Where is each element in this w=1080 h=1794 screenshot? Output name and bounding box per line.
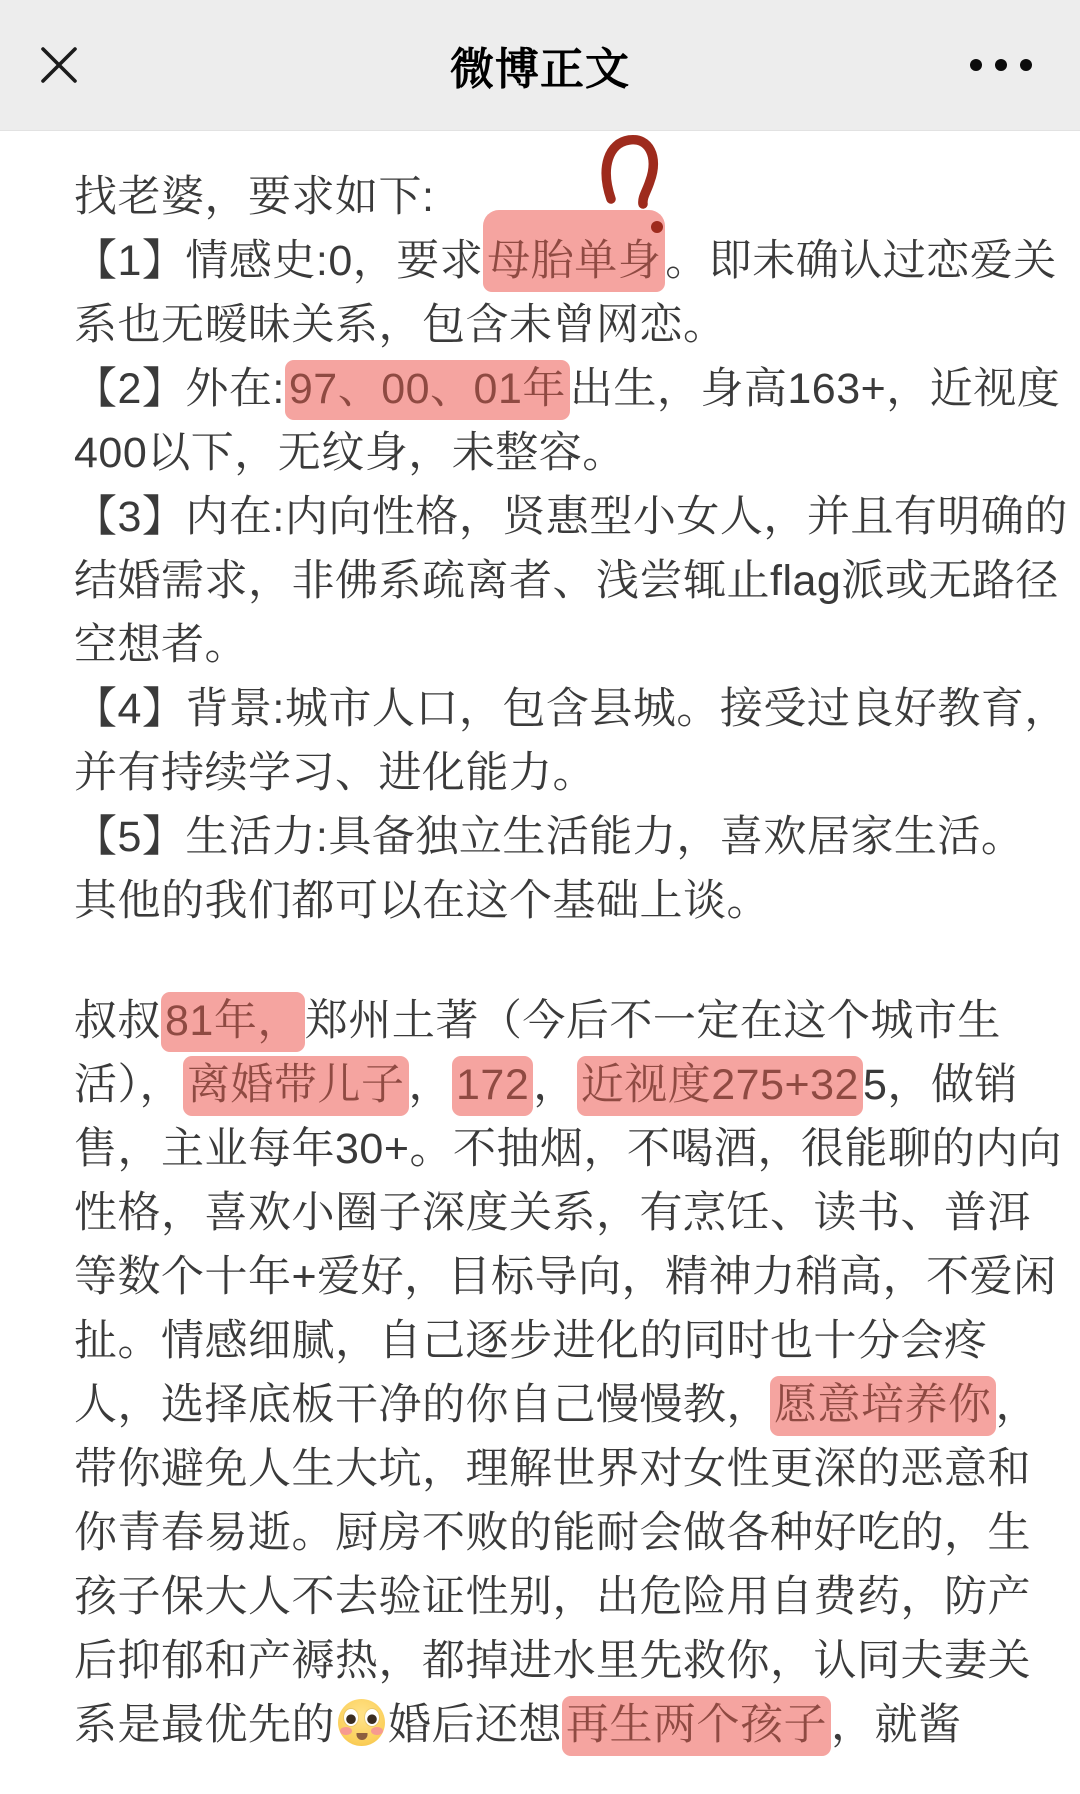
close-button[interactable] <box>30 36 88 94</box>
post-content: 找老婆，要求如下:【1】情感史:0，要求母胎单身。即未确认过恋爱关系也无暧昧关系… <box>0 131 1080 1757</box>
text-line: 其他的我们都可以在这个基础上谈。 <box>74 869 1014 933</box>
page-title: 微博正文 <box>450 33 630 97</box>
text-segment: 售，主业每年30+。不抽烟，不喝酒，很能聊的内向 <box>74 1125 1062 1173</box>
text-segment: 带你避免人生大坑，理解世界对女性更深的恶意和 <box>74 1445 1031 1493</box>
text-line: 【5】生活力:具备独立生活能力，喜欢居家生活。 <box>74 805 1014 869</box>
text-segment: 【4】背景:城市人口，包含县城。接受过良好教育， <box>74 685 1068 733</box>
marker-highlight: 97、00、01年 <box>285 360 570 420</box>
text-line: 【3】内在:内向性格，贤惠型小女人，并且有明确的 <box>74 485 1014 549</box>
text-segment: 400以下，无纹身，未整容。 <box>74 429 626 477</box>
text-segment: 等数个十年+爱好，目标导向，精神力稍高，不爱闲 <box>74 1253 1057 1301</box>
paragraph: 叔叔81年，郑州土著（今后不一定在这个城市生活），离婚带儿子，172，近视度27… <box>74 989 1014 1757</box>
text-segment: 并有持续学习、进化能力。 <box>74 749 596 797</box>
post-body: 找老婆，要求如下:【1】情感史:0，要求母胎单身。即未确认过恋爱关系也无暧昧关系… <box>74 165 1014 1757</box>
text-segment: 婚后还想 <box>388 1701 562 1749</box>
text-segment: 其他的我们都可以在这个基础上谈。 <box>74 877 770 925</box>
text-line: 【2】外在:97、00、01年出生，身高163+，近视度 <box>74 357 1014 421</box>
text-line: 叔叔81年，郑州土著（今后不一定在这个城市生 <box>74 989 1014 1053</box>
flushed-emoji <box>338 1699 385 1746</box>
text-line: 系也无暧昧关系，包含未曾网恋。 <box>74 293 1014 357</box>
text-segment: 叔叔 <box>74 997 161 1045</box>
text-line: 你青春易逝。厨房不败的能耐会做各种好吃的，生 <box>74 1501 1014 1565</box>
marker-highlight: 愿意培养你 <box>770 1376 996 1436</box>
text-line: 结婚需求，非佛系疏离者、浅尝辄止flag派或无路径 <box>74 549 1014 613</box>
more-menu-icon <box>970 59 1032 71</box>
text-segment: 【5】生活力:具备独立生活能力，喜欢居家生活。 <box>74 813 1024 861</box>
marker-highlight: 离婚带儿子 <box>183 1056 409 1116</box>
text-line: 等数个十年+爱好，目标导向，精神力稍高，不爱闲 <box>74 1245 1014 1309</box>
text-segment: 孩子保大人不去验证性别，出危险用自费药，防产 <box>74 1573 1031 1621</box>
marker-highlight: 81年， <box>161 992 305 1052</box>
close-icon <box>38 44 80 86</box>
text-segment: 【3】内在:内向性格，贤惠型小女人，并且有明确的 <box>74 493 1068 541</box>
text-line: 活），离婚带儿子，172，近视度275+325，做销 <box>74 1053 1014 1117</box>
text-line: 性格，喜欢小圈子深度关系，有烹饪、读书、普洱 <box>74 1181 1014 1245</box>
text-line: 空想者。 <box>74 613 1014 677</box>
text-line: 400以下，无纹身，未整容。 <box>74 421 1014 485</box>
marker-highlight: 172 <box>452 1056 533 1116</box>
marker-highlight: 近视度275+32 <box>577 1056 863 1116</box>
text-segment: ，就酱 <box>831 1701 962 1749</box>
marker-highlight: 母胎单身 <box>483 210 665 292</box>
text-line: 系是最优先的婚后还想再生两个孩子，就酱 <box>74 1693 1014 1757</box>
paragraph: 找老婆，要求如下:【1】情感史:0，要求母胎单身。即未确认过恋爱关系也无暧昧关系… <box>74 165 1014 933</box>
text-segment: ， <box>996 1381 1040 1429</box>
text-segment: 活）， <box>74 1061 183 1109</box>
text-line: 孩子保大人不去验证性别，出危险用自费药，防产 <box>74 1565 1014 1629</box>
text-line: 人，选择底板干净的你自己慢慢教，愿意培养你， <box>74 1373 1014 1437</box>
text-segment: ， <box>409 1061 453 1109</box>
text-segment: 找老婆，要求如下: <box>74 173 434 221</box>
text-segment: 后抑郁和产褥热，都掉进水里先救你，认同夫妻关 <box>74 1637 1031 1685</box>
text-segment: 出生，身高163+，近视度 <box>570 365 1060 413</box>
text-segment: 扯。情感细腻，自己逐步进化的同时也十分会疼 <box>74 1317 988 1365</box>
more-menu-button[interactable] <box>960 49 1042 81</box>
text-line: 【1】情感史:0，要求母胎单身。即未确认过恋爱关 <box>74 229 1014 293</box>
text-line: 售，主业每年30+。不抽烟，不喝酒，很能聊的内向 <box>74 1117 1014 1181</box>
text-segment: 你青春易逝。厨房不败的能耐会做各种好吃的，生 <box>74 1509 1031 1557</box>
text-segment: 性格，喜欢小圈子深度关系，有烹饪、读书、普洱 <box>74 1189 1031 1237</box>
text-segment: 郑州土著（今后不一定在这个城市生 <box>305 997 1001 1045</box>
marker-highlight: 再生两个孩子 <box>562 1696 831 1756</box>
text-segment: 。即未确认过恋爱关 <box>665 237 1057 285</box>
text-line: 并有持续学习、进化能力。 <box>74 741 1014 805</box>
text-segment: 人，选择底板干净的你自己慢慢教， <box>74 1381 770 1429</box>
text-segment: 结婚需求，非佛系疏离者、浅尝辄止flag派或无路径 <box>74 557 1059 605</box>
text-segment: 系也无暧昧关系，包含未曾网恋。 <box>74 301 727 349</box>
text-line: 扯。情感细腻，自己逐步进化的同时也十分会疼 <box>74 1309 1014 1373</box>
header: 微博正文 <box>0 0 1080 131</box>
text-segment: 【1】情感史:0，要求 <box>74 237 483 285</box>
text-segment: 空想者。 <box>74 621 248 669</box>
text-line: 后抑郁和产褥热，都掉进水里先救你，认同夫妻关 <box>74 1629 1014 1693</box>
text-segment: 5，做销 <box>863 1061 1018 1109</box>
text-line: 【4】背景:城市人口，包含县城。接受过良好教育， <box>74 677 1014 741</box>
text-segment: ， <box>533 1061 577 1109</box>
text-line: 带你避免人生大坑，理解世界对女性更深的恶意和 <box>74 1437 1014 1501</box>
text-segment: 系是最优先的 <box>74 1701 335 1749</box>
text-segment: 【2】外在: <box>74 365 285 413</box>
